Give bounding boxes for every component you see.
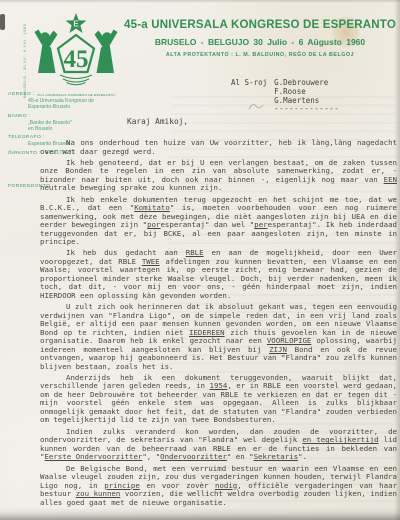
text-segment: Na ons onderhoud ten huize van Uw voorzi… bbox=[40, 138, 397, 156]
letter-body: Na ons onderhoud ten huize van Uw voorzi… bbox=[40, 139, 397, 510]
logo-number: 45 bbox=[64, 46, 89, 73]
letterhead-header: 45-a UNIVERSALA KONGRESO DE ESPERANTO BR… bbox=[122, 19, 398, 58]
letterhead-value: Esperanto-Bruselo bbox=[28, 104, 128, 110]
letter-paragraph: Na ons onderhoud ten huize van Uw voorzi… bbox=[40, 139, 397, 156]
esperanto-star-emblem-icon: E 45 45-a UNIVERSALA KONGRESO DE ESPERAN… bbox=[33, 11, 119, 103]
text-segment: ". bbox=[298, 452, 307, 461]
recipient-divider: ------------- bbox=[274, 105, 339, 114]
underlined-text: Ondervoorzitter bbox=[160, 452, 227, 461]
letter-paragraph: Indien zulks veranderd kon worden, dan z… bbox=[40, 428, 397, 462]
letterhead-label: ĜIRKONTO : bbox=[8, 151, 41, 156]
text-segment: " en " bbox=[227, 452, 254, 461]
underlined-text: EEN bbox=[384, 175, 397, 184]
letter-paragraph: Anderzijds heb ik een dokument teruggevo… bbox=[40, 374, 397, 425]
logo-star-letter: E bbox=[73, 20, 79, 29]
ink-mark bbox=[0, 14, 5, 30]
letter-paragraph: Ik heb enkele dokumenten terug opgezocht… bbox=[40, 196, 397, 247]
text-segment: neutrale beweging sprake zou kunnen zijn… bbox=[40, 183, 222, 192]
letter-paragraph: De Belgische Bond, met een verruimd best… bbox=[40, 465, 397, 508]
letterhead-item: BANKO :„Banko de Bruselo"en Bruselo bbox=[8, 114, 128, 133]
congress-title: 45-a UNIVERSALA KONGRESO DE ESPERANTO bbox=[122, 19, 398, 31]
letter-paragraph: U zult zich ook herinneren dat ik absolu… bbox=[40, 303, 397, 371]
letterhead-value: en Bruselo bbox=[28, 126, 128, 132]
underlined-text: Eerste Ondervoorzitter bbox=[44, 452, 142, 461]
letter-paragraph: Ik heb dus gedacht aan RBLE en aan de mo… bbox=[40, 249, 397, 300]
scanned-letter-page: BRUSELO - 30.VII - 6.VIII - 1960 E 45 bbox=[0, 0, 400, 520]
pen-mark-icon bbox=[248, 101, 264, 111]
salutation: Karaj Amikoj, bbox=[127, 117, 188, 126]
page-edge-shadow-top bbox=[0, 0, 400, 3]
congress-location-date: BRUSELO - BELGUJO 30 Julio - 6 Aŭgusto 1… bbox=[122, 37, 398, 47]
congress-protector-line: ALTA PROTEKTANTO : L. M. BALDUINO, REĜO … bbox=[122, 52, 398, 58]
text-segment: ", " bbox=[142, 452, 160, 461]
edge-vertical-note: BRUSELO - 30.VII - 6.VIII - 1960 bbox=[22, 10, 27, 98]
underlined-text: Sekretaris bbox=[254, 452, 299, 461]
recipient-names: G.DebrouwereF.RooseG.Maertens bbox=[274, 79, 339, 105]
letter-paragraph: Ik heb genoteerd, dat er bij U een verla… bbox=[40, 159, 397, 193]
letterhead-item: ADRESO :45-a Universala Kongreso deEsper… bbox=[8, 92, 128, 111]
text-segment: Ik heb genoteerd, dat er bij U een verla… bbox=[40, 158, 397, 184]
